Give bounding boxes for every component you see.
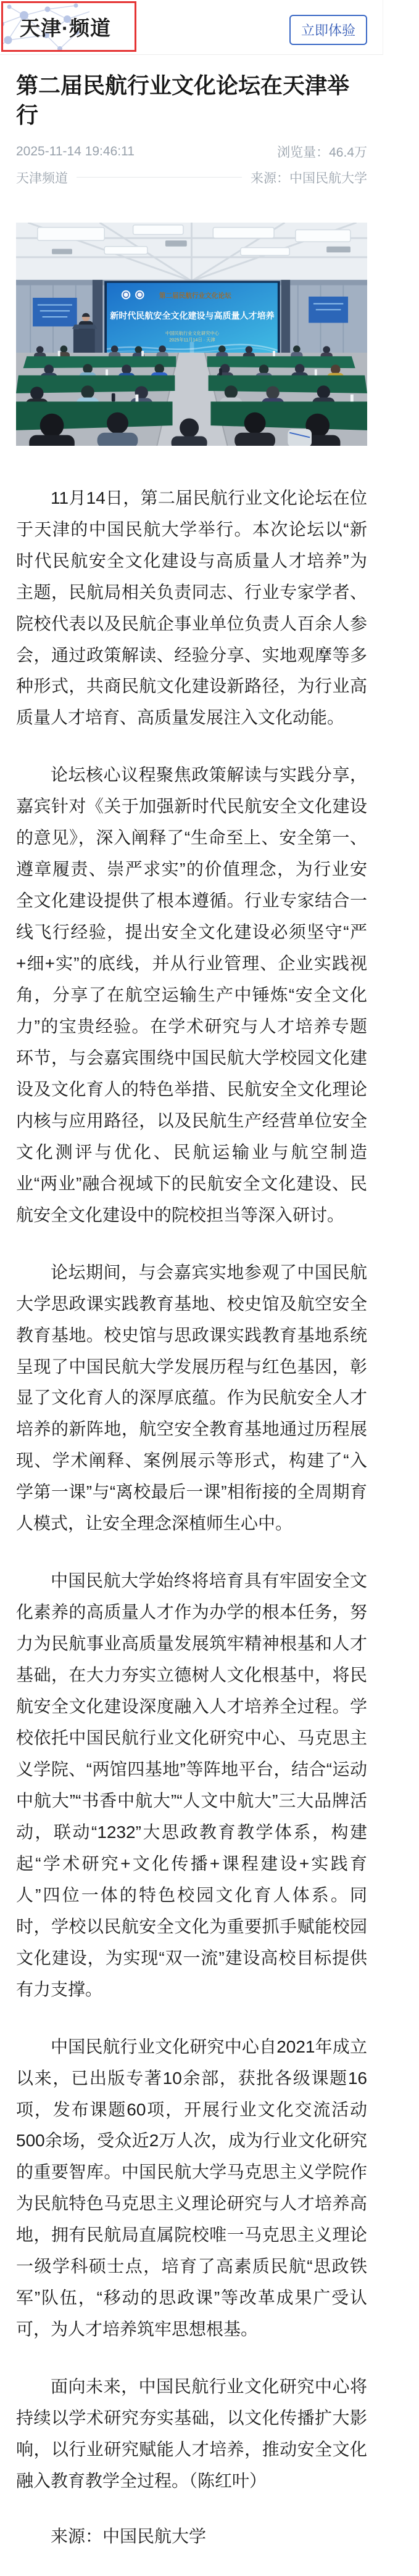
views-count: 浏览量：46.4万 (277, 142, 367, 161)
article-title: 第二届民航行业文化论坛在天津举行 (16, 71, 367, 130)
article-body: 11月14日，第二届民航行业文化论坛在位于天津的中国民航大学举行。本次论坛以“新… (0, 483, 383, 2497)
article-photo: 第二届民航行业文化论坛 新时代民航安全文化建设与高质量人才培养 中国民航行业文化… (16, 223, 367, 446)
screen-subtitle-org: 中国民航行业文化研究中心 (165, 330, 220, 336)
paragraph-5: 中国民航行业文化研究中心自2021年成立以来，已出版专著10余部，获批各级课题1… (16, 2032, 367, 2346)
channel-title: 天津·频道 (20, 12, 111, 41)
channel-name: 天津频道 (16, 168, 68, 187)
paragraph-3: 论坛期间，与会嘉宾实地参观了中国民航大学思政课实践教育基地、校史馆及航空安全教育… (16, 1257, 367, 1540)
meta-divider-line (77, 177, 242, 178)
channel-logo-box[interactable]: 天津·频道 (1, 1, 136, 52)
conference-photo-illustration: 第二届民航行业文化论坛 新时代民航安全文化建设与高质量人才培养 中国民航行业文化… (16, 223, 367, 446)
article-page: 天津·频道 立即体验 第二届民航行业文化论坛在天津举行 2025-11-14 1… (0, 0, 383, 2548)
page-canvas: 天津·频道 立即体验 第二届民航行业文化论坛在天津举行 2025-11-14 1… (0, 0, 419, 2548)
channel-header: 天津·频道 立即体验 (0, 0, 383, 55)
source-name: 来源：中国民航大学 (251, 168, 367, 187)
paragraph-1: 11月14日，第二届民航行业文化论坛在位于天津的中国民航大学举行。本次论坛以“新… (16, 483, 367, 734)
screen-subtitle-date: 2025年11月14日 · 天津 (169, 337, 215, 342)
footer-source: 来源：中国民航大学 (0, 2523, 383, 2548)
screen-main-title: 新时代民航安全文化建设与高质量人才培养 (110, 311, 274, 321)
paragraph-4: 中国民航大学始终将培育具有牢固安全文化素养的高质量人才作为办学的根本任务，努力为… (16, 1565, 367, 2005)
screen-forum-line: 第二届民航行业文化论坛 (159, 292, 231, 300)
experience-now-button[interactable]: 立即体验 (289, 15, 367, 45)
meta-row-channel-source: 天津频道 来源：中国民航大学 (16, 168, 367, 187)
paragraph-6: 面向未来，中国民航行业文化研究中心将持续以学术研究夯实基础，以文化传播扩大影响，… (16, 2371, 367, 2497)
paragraph-2: 论坛核心议程聚焦政策解读与实践分享，嘉宾针对《关于加强新时代民航安全文化建设的意… (16, 760, 367, 1231)
publish-time: 2025-11-14 19:46:11 (16, 144, 135, 159)
meta-row-time-views: 2025-11-14 19:46:11 浏览量：46.4万 (16, 142, 367, 161)
